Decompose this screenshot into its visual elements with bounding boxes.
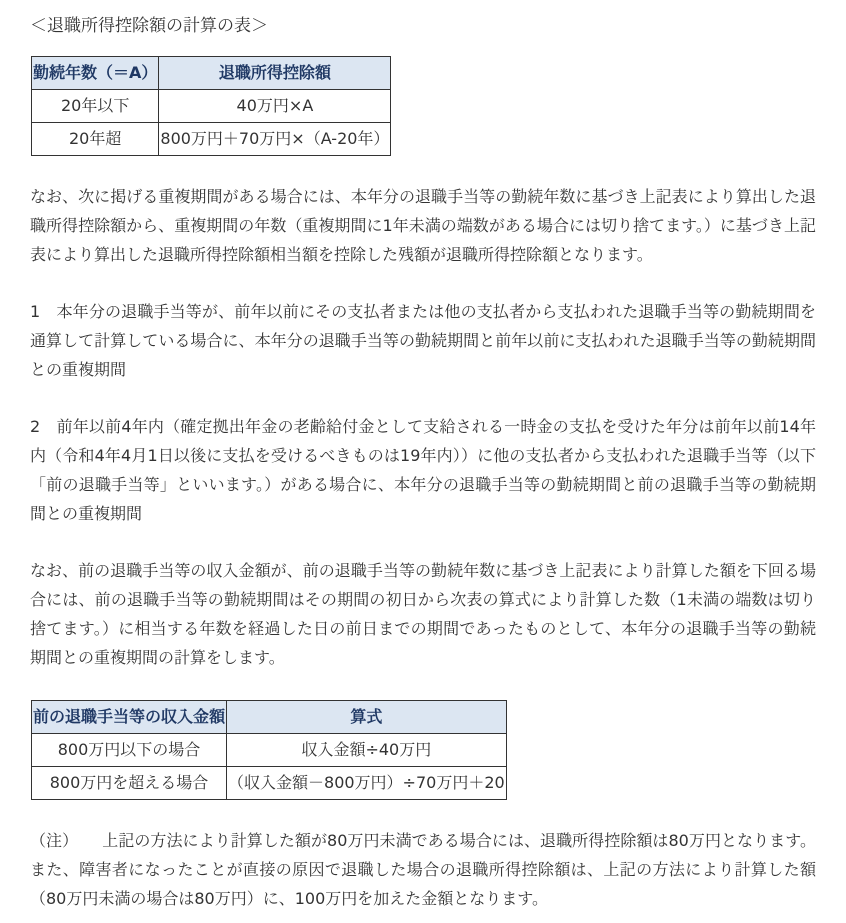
formula-table-cell-formula-under800: 収入金額÷40万円 [227, 734, 507, 767]
table-row: 20年超 800万円＋70万円×（A-20年） [32, 123, 391, 156]
formula-table-cell-income-over800: 800万円を超える場合 [32, 767, 227, 800]
paragraph-item2: 2 前年以前4年内（確定拠出年金の老齢給付金として支給される一時金の支払を受けた… [30, 412, 816, 528]
deduction-table: 勤続年数（＝A） 退職所得控除額 20年以下 40万円×A 20年超 800万円… [31, 56, 391, 156]
formula-table-header-income: 前の退職手当等の収入金額 [32, 701, 227, 734]
deduction-table-header-amount: 退職所得控除額 [159, 57, 391, 90]
table-row: 800万円以下の場合 収入金額÷40万円 [32, 734, 507, 767]
table-row: 20年以下 40万円×A [32, 90, 391, 123]
formula-table-cell-formula-over800: （収入金額－800万円）÷70万円＋20 [227, 767, 507, 800]
page-title: ＜退職所得控除額の計算の表＞ [30, 14, 816, 38]
formula-table-cell-income-under800: 800万円以下の場合 [32, 734, 227, 767]
formula-table: 前の退職手当等の収入金額 算式 800万円以下の場合 収入金額÷40万円 800… [31, 700, 507, 800]
deduction-table-header-years: 勤続年数（＝A） [32, 57, 159, 90]
paragraph-prev-allowance: なお、前の退職手当等の収入金額が、前の退職手当等の勤続年数に基づき上記表により計… [30, 556, 816, 672]
deduction-table-cell-formula-over20: 800万円＋70万円×（A-20年） [159, 123, 391, 156]
document-body: { "page": { "title": "＜退職所得控除額の計算の表＞" },… [0, 0, 846, 923]
formula-table-header-formula: 算式 [227, 701, 507, 734]
paragraph-item1: 1 本年分の退職手当等が、前年以前にその支払者または他の支払者から支払われた退職… [30, 297, 816, 384]
deduction-table-cell-formula-under20: 40万円×A [159, 90, 391, 123]
deduction-table-header-row: 勤続年数（＝A） 退職所得控除額 [32, 57, 391, 90]
deduction-table-cell-years-under20: 20年以下 [32, 90, 159, 123]
paragraph-overlap-intro: なお、次に掲げる重複期間がある場合には、本年分の退職手当等の勤続年数に基づき上記… [30, 182, 816, 269]
table-row: 800万円を超える場合 （収入金額－800万円）÷70万円＋20 [32, 767, 507, 800]
deduction-table-cell-years-over20: 20年超 [32, 123, 159, 156]
document-page: ＜退職所得控除額の計算の表＞ 勤続年数（＝A） 退職所得控除額 20年以下 40… [0, 0, 846, 923]
formula-table-header-row: 前の退職手当等の収入金額 算式 [32, 701, 507, 734]
paragraph-note: （注） 上記の方法により計算した額が80万円未満である場合には、退職所得控除額は… [30, 826, 816, 913]
